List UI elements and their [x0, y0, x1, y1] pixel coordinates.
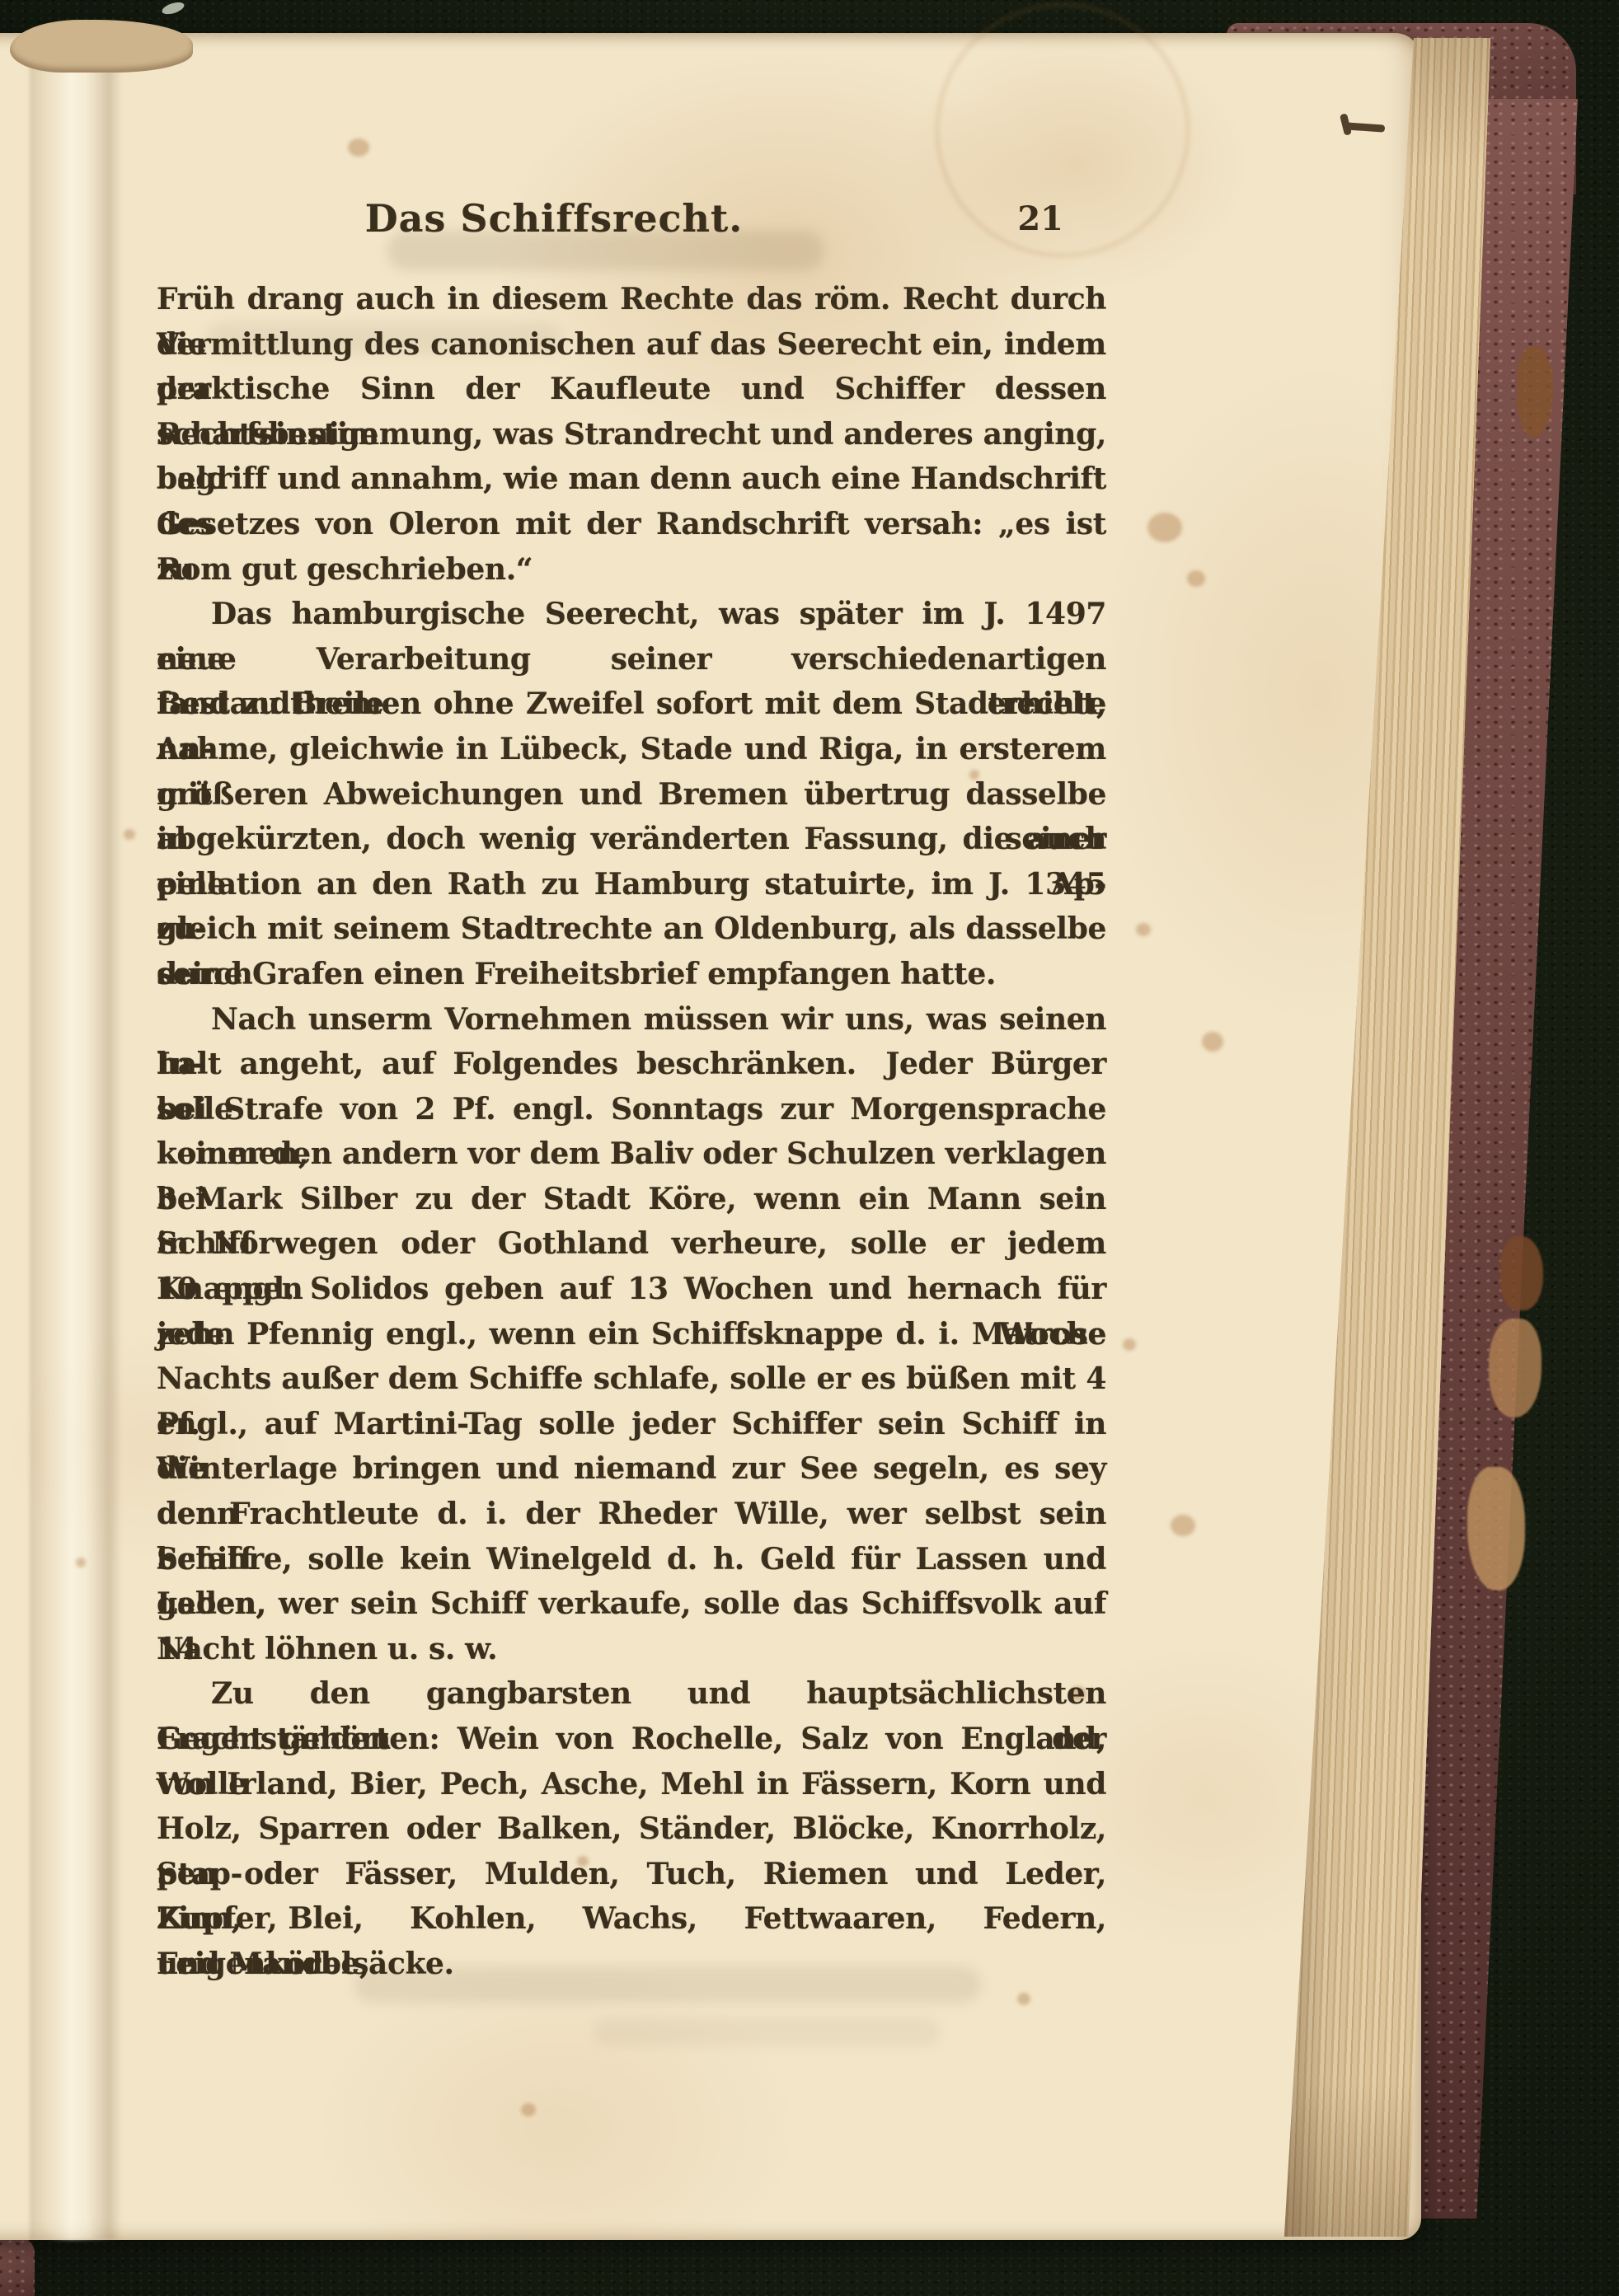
text-line: Nacht löhnen u. s. w. — [157, 1627, 1106, 1672]
foxing-spot — [1171, 1515, 1195, 1536]
text-line: zehn Pfennig engl., wenn ein Schiffsknap… — [157, 1312, 1106, 1357]
foxing-spot — [124, 829, 135, 840]
foxing-spot — [1147, 513, 1182, 542]
leather-damage-patch — [1489, 1319, 1542, 1417]
text-line: Früh drang auch in diesem Rechte das röm… — [157, 277, 1106, 322]
text-line: Winterlage bringen und niemand zur See s… — [157, 1446, 1106, 1492]
text-line: neue Verarbeitung seiner verschiedenarti… — [157, 637, 1106, 682]
text-line: bei Strafe von 2 Pf. engl. Sonntags zur … — [157, 1087, 1106, 1132]
text-line: Gesetzes von Oleron mit der Randschrift … — [157, 502, 1106, 547]
running-header: Das Schiffsrecht. — [69, 196, 1039, 241]
text-line: pellation an den Rath zu Hamburg statuir… — [157, 862, 1106, 907]
foxing-spot — [1136, 923, 1151, 936]
foxing-spot — [76, 1558, 86, 1567]
foxing-spot — [1187, 570, 1205, 587]
paragraph: Zu den gangbarsten und hauptsächlichsten… — [157, 1671, 1106, 1986]
foxing-spot — [1123, 1338, 1136, 1351]
text-line: Vermittlung des canonischen auf das Seer… — [157, 322, 1106, 368]
leather-strap-remnant — [1517, 346, 1553, 437]
text-line: Rechtsbestimmung, was Strandrecht und an… — [157, 412, 1106, 457]
text-line: und Mandelsäcke. — [157, 1942, 1106, 1987]
text-line: Zinn, Blei, Kohlen, Wachs, Fettwaaren, F… — [157, 1896, 1106, 1942]
text-line: Rom gut geschrieben.“ — [157, 547, 1106, 593]
text-line: 3 Mark Silber zu der Stadt Köre, wenn ei… — [157, 1177, 1106, 1222]
text-line: in Norwegen oder Gothland verheure, soll… — [157, 1221, 1106, 1267]
text-line: fand zu Bremen ohne Zweifel sofort mit d… — [157, 682, 1106, 727]
running-header-row: Das Schiffsrecht. 21 — [137, 196, 1106, 247]
page-text-layer: Das Schiffsrecht. 21 Früh drang auch in … — [137, 33, 1106, 2240]
text-line: seine Grafen einen Freiheitsbrief empfan… — [157, 952, 1106, 997]
foxing-spot — [1202, 1032, 1223, 1052]
page-number: 21 — [1017, 199, 1063, 238]
text-line: geben, wer sein Schiff verkaufe, solle d… — [157, 1581, 1106, 1627]
text-line: keiner den andern vor dem Baliv oder Sch… — [157, 1132, 1106, 1177]
paragraph: Früh drang auch in diesem Rechte das röm… — [157, 277, 1106, 592]
text-line: von Irland, Bier, Pech, Asche, Mehl in F… — [157, 1762, 1106, 1807]
text-line: gleich mit seinem Stadtrechte an Oldenbu… — [157, 907, 1106, 952]
text-line: Fracht gehörten: Wein von Rochelle, Salz… — [157, 1717, 1106, 1762]
book-photograph: Das Schiffsrecht. 21 Früh drang auch in … — [0, 0, 1619, 2296]
text-line: halt angeht, auf Folgendes beschränken. … — [157, 1042, 1106, 1087]
text-line: praktische Sinn der Kaufleute und Schiff… — [157, 367, 1106, 412]
text-line: der Frachtleute d. i. der Rheder Wille, … — [157, 1492, 1106, 1537]
leather-damage-patch — [1467, 1467, 1525, 1591]
text-line: engl., auf Martini-Tag solle jeder Schif… — [157, 1402, 1106, 1447]
leather-damage-patch — [1500, 1236, 1543, 1310]
text-line: größeren Abweichungen und Bremen übertru… — [157, 772, 1106, 818]
text-line: pen oder Fässer, Mulden, Tuch, Riemen un… — [157, 1852, 1106, 1897]
text-line: begriff und annahm, wie man denn auch ei… — [157, 457, 1106, 502]
text-line: befahre, solle kein Winelgeld d. h. Geld… — [157, 1537, 1106, 1582]
paragraph: Nach unserm Vornehmen müssen wir uns, wa… — [157, 997, 1106, 1672]
text-line: nahme, gleichwie in Lübeck, Stade und Ri… — [157, 727, 1106, 772]
text-line: Nach unserm Vornehmen müssen wir uns, wa… — [157, 997, 1106, 1043]
paragraph: Das hamburgische Seerecht, was später im… — [157, 592, 1106, 996]
body-text: Früh drang auch in diesem Rechte das röm… — [157, 277, 1106, 1987]
page-gutter-crease — [30, 33, 122, 2240]
text-line: Zu den gangbarsten und hauptsächlichsten… — [157, 1671, 1106, 1717]
text-line: Holz, Sparren oder Balken, Ständer, Blöc… — [157, 1806, 1106, 1852]
book-cover-bottom-left-corner — [0, 2237, 35, 2296]
text-line: Nachts außer dem Schiffe schlafe, solle … — [157, 1357, 1106, 1402]
text-line: abgekürzten, doch wenig veränderten Fass… — [157, 817, 1106, 862]
text-line: 10 engl. Solidos geben auf 13 Wochen und… — [157, 1267, 1106, 1312]
text-line: Das hamburgische Seerecht, was später im… — [157, 592, 1106, 637]
